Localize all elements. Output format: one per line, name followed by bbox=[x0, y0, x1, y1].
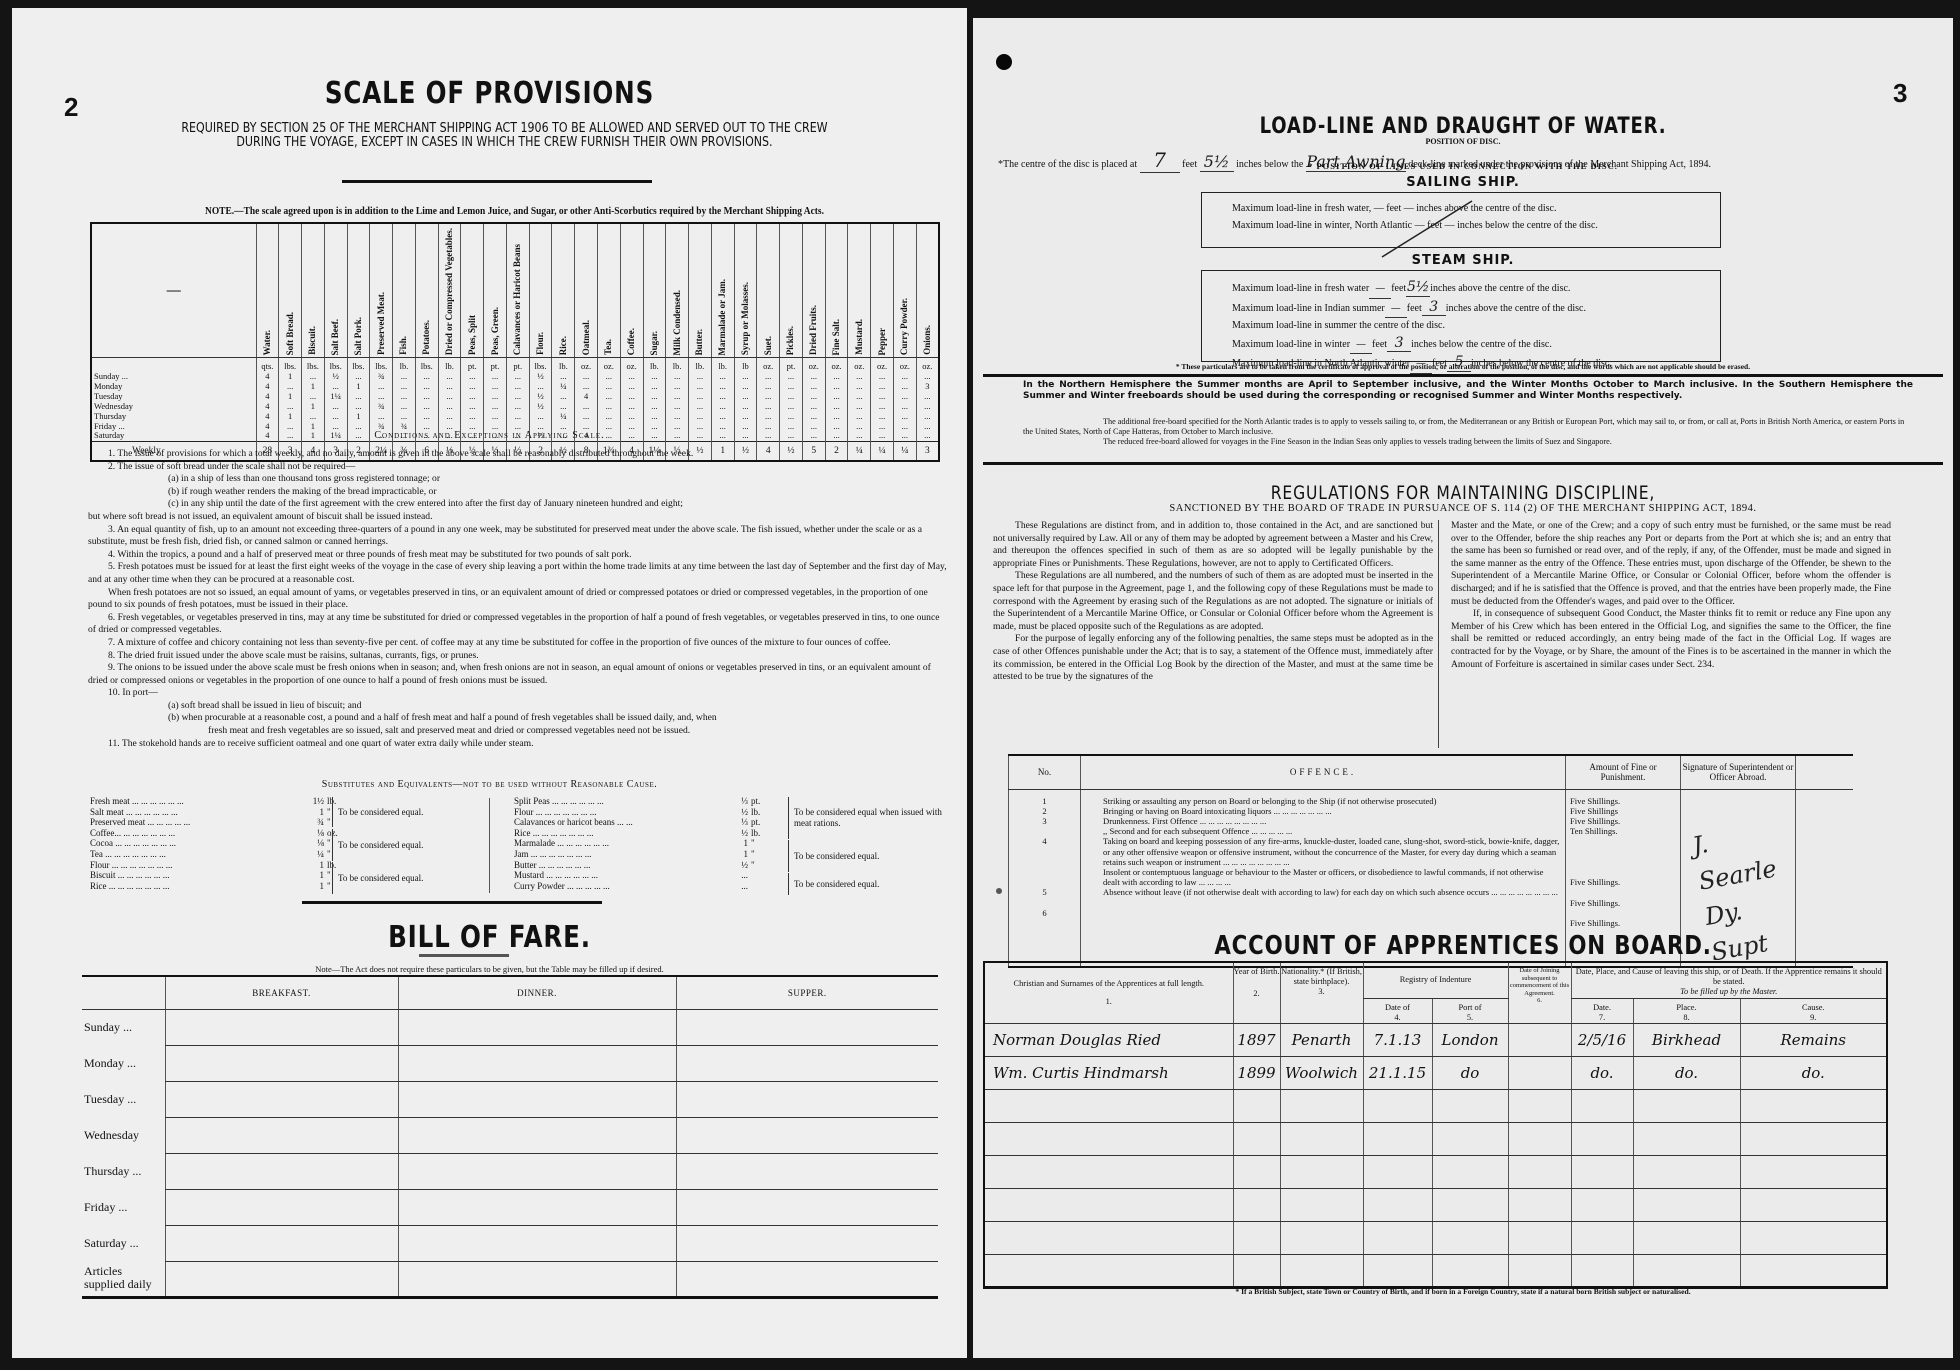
provision-cell: ... bbox=[620, 411, 643, 421]
column-header-joining: Date of Joining subsequent to commenceme… bbox=[1508, 962, 1571, 1023]
equal-note: To be considered equal. bbox=[332, 797, 423, 827]
unit-cell: lbs. bbox=[324, 358, 347, 372]
condition-item: 2. The issue of soft bread under the sca… bbox=[88, 461, 947, 474]
provision-cell: 4 bbox=[256, 371, 279, 381]
column-header-name: Christian and Surnames of the Apprentice… bbox=[984, 962, 1233, 1023]
provision-cell: ... bbox=[506, 411, 529, 421]
provision-cell: ... bbox=[711, 371, 734, 381]
apprentice-nationality-cell[interactable] bbox=[1280, 1254, 1363, 1287]
condition-item: (b) when procurable at a reasonable cost… bbox=[88, 712, 947, 725]
meal-cell[interactable] bbox=[398, 1153, 676, 1189]
provision-cell: ... bbox=[689, 381, 712, 391]
apprentice-name-cell[interactable]: Norman Douglas Ried bbox=[984, 1023, 1233, 1056]
provision-cell: ... bbox=[575, 411, 598, 421]
apprentice-row bbox=[984, 1188, 1887, 1221]
substitutes-title: Substitutes and Equivalents—not to be us… bbox=[12, 779, 967, 790]
apprentice-reg-date-cell[interactable] bbox=[1363, 1155, 1432, 1188]
apprentice-joining-cell[interactable] bbox=[1508, 1188, 1571, 1221]
meal-cell[interactable] bbox=[165, 1225, 398, 1261]
bill-of-fare-row: Friday ... bbox=[82, 1189, 938, 1225]
apprentice-name-cell[interactable] bbox=[984, 1188, 1233, 1221]
freeboard-notes: The additional free-board specified for … bbox=[1023, 417, 1913, 447]
condition-item: (a) soft bread shall be issued in lieu o… bbox=[88, 700, 947, 713]
apprentice-reg-date-cell[interactable] bbox=[1363, 1188, 1432, 1221]
condition-item: 3. An equal quantity of fish, up to an a… bbox=[88, 524, 947, 549]
provision-cell: ½ bbox=[324, 371, 347, 381]
provision-cell: ... bbox=[461, 391, 484, 401]
provision-cell: ... bbox=[711, 401, 734, 411]
apprentice-nationality-cell[interactable] bbox=[1280, 1089, 1363, 1122]
provision-cell: ¾ bbox=[370, 401, 393, 411]
unit-cell: qts. bbox=[256, 358, 279, 372]
meal-cell[interactable] bbox=[398, 1117, 676, 1153]
apprentice-place-cell[interactable] bbox=[1633, 1221, 1740, 1254]
divider bbox=[489, 798, 490, 893]
provision-cell: ... bbox=[643, 381, 666, 391]
apprentice-year-cell[interactable] bbox=[1233, 1122, 1280, 1155]
provision-cell: ... bbox=[393, 411, 416, 421]
apprentice-joining-cell[interactable] bbox=[1508, 1254, 1571, 1287]
provision-cell: ... bbox=[780, 401, 803, 411]
apprentice-cause-cell[interactable] bbox=[1740, 1221, 1887, 1254]
provision-column-header: Peas, Split bbox=[461, 223, 484, 358]
apprentice-year-cell[interactable] bbox=[1233, 1089, 1280, 1122]
substitute-row: Rice ... ... ... ... ... ... ...1" bbox=[90, 881, 342, 892]
provision-cell: 1 bbox=[302, 401, 325, 411]
apprentice-reg-port-cell[interactable] bbox=[1432, 1188, 1508, 1221]
meal-cell[interactable] bbox=[165, 1081, 398, 1117]
apprentice-nationality-cell[interactable] bbox=[1280, 1155, 1363, 1188]
provision-cell: ... bbox=[506, 401, 529, 411]
provision-cell: ¼ bbox=[552, 381, 575, 391]
provision-cell: ... bbox=[438, 391, 461, 401]
apprentices-table: Christian and Surnames of the Apprentice… bbox=[983, 961, 1888, 1289]
meal-cell[interactable] bbox=[165, 1045, 398, 1081]
apprentice-name-cell[interactable] bbox=[984, 1155, 1233, 1188]
apprentice-nationality-cell[interactable] bbox=[1280, 1188, 1363, 1221]
column-header: OFFENCE. bbox=[1081, 755, 1566, 789]
provision-row: Tuesday41...1¼........................½.… bbox=[91, 391, 939, 401]
page-number: 3 bbox=[1893, 78, 1907, 109]
day-label: Sunday ... bbox=[91, 371, 256, 381]
substitute-row: Jam ... ... ... ... ... ... ...1" bbox=[514, 849, 766, 860]
provision-cell: ... bbox=[802, 381, 825, 391]
apprentice-year-cell[interactable]: 1897 bbox=[1233, 1023, 1280, 1056]
column-header: Signature of Superintendent or Officer A… bbox=[1681, 755, 1796, 789]
provision-cell: ... bbox=[643, 401, 666, 411]
provision-cell: ... bbox=[552, 371, 575, 381]
provision-cell: ... bbox=[780, 371, 803, 381]
provision-cell: ... bbox=[347, 371, 370, 381]
column-header-reg-date: Date of4. bbox=[1363, 998, 1432, 1023]
condition-item: When fresh potatoes are not so issued, a… bbox=[88, 587, 947, 612]
provision-cell: ... bbox=[302, 371, 325, 381]
unit-cell: oz. bbox=[916, 358, 939, 372]
unit-cell: pt. bbox=[461, 358, 484, 372]
apprentice-cause-cell[interactable] bbox=[1740, 1188, 1887, 1221]
meal-cell[interactable] bbox=[676, 1045, 938, 1081]
regulation-paragraph: These Regulations are distinct from, and… bbox=[993, 520, 1433, 570]
provision-cell: 1 bbox=[279, 411, 302, 421]
provision-cell: ... bbox=[393, 401, 416, 411]
apprentice-joining-cell[interactable] bbox=[1508, 1089, 1571, 1122]
day-label: Sunday ... bbox=[82, 1009, 165, 1045]
provision-cell: ... bbox=[848, 371, 871, 381]
provision-cell: ... bbox=[666, 401, 689, 411]
provision-cell: ... bbox=[438, 401, 461, 411]
apprentice-name-cell[interactable] bbox=[984, 1122, 1233, 1155]
apprentice-nationality-cell[interactable]: Penarth bbox=[1280, 1023, 1363, 1056]
load-line-title: LOAD-LINE AND DRAUGHT OF WATER. bbox=[1061, 114, 1865, 139]
provision-cell: ... bbox=[893, 381, 916, 391]
unit-cell: oz. bbox=[575, 358, 598, 372]
provision-column-header: Salt Pork. bbox=[347, 223, 370, 358]
provision-cell: ... bbox=[780, 391, 803, 401]
conditions-list: 1. The issue of provisions for which a t… bbox=[88, 448, 947, 750]
substitute-row: Butter ... ... ... ... ... ...½" bbox=[514, 860, 766, 871]
apprentice-name-cell[interactable]: Wm. Curtis Hindmarsh bbox=[984, 1056, 1233, 1089]
apprentice-place-cell[interactable] bbox=[1633, 1155, 1740, 1188]
apprentice-joining-cell[interactable] bbox=[1508, 1056, 1571, 1089]
apprentice-name-cell[interactable] bbox=[984, 1089, 1233, 1122]
provision-column-header: Oatmeal. bbox=[575, 223, 598, 358]
provision-cell: ... bbox=[666, 391, 689, 401]
apprentice-place-cell[interactable] bbox=[1633, 1188, 1740, 1221]
divider bbox=[302, 901, 602, 904]
apprentice-reg-date-cell[interactable]: 21.1.15 bbox=[1363, 1056, 1432, 1089]
divider bbox=[419, 954, 509, 957]
unit-cell: oz. bbox=[825, 358, 848, 372]
apprentice-year-cell[interactable] bbox=[1233, 1254, 1280, 1287]
provision-cell: 1¼ bbox=[324, 391, 347, 401]
provision-cell: ... bbox=[438, 411, 461, 421]
substitute-row: Fresh meat ... ... ... ... ... ...1½lb. bbox=[90, 796, 342, 807]
apprentice-joining-cell[interactable] bbox=[1508, 1023, 1571, 1056]
provision-cell: 4 bbox=[575, 391, 598, 401]
equal-note: To be considered equal. bbox=[332, 862, 423, 894]
apprentice-reg-port-cell[interactable] bbox=[1432, 1155, 1508, 1188]
provision-cell: ... bbox=[825, 401, 848, 411]
meal-cell[interactable] bbox=[676, 1009, 938, 1045]
apprentice-name-cell[interactable] bbox=[984, 1254, 1233, 1287]
provision-cell: ... bbox=[916, 401, 939, 411]
provision-cell: ... bbox=[370, 381, 393, 391]
provision-column-header: Flour. bbox=[529, 223, 552, 358]
meal-cell[interactable] bbox=[165, 1153, 398, 1189]
provision-cell: ... bbox=[825, 411, 848, 421]
punch-hole bbox=[996, 54, 1012, 70]
apprentice-reg-port-cell[interactable] bbox=[1432, 1254, 1508, 1287]
apprentice-row bbox=[984, 1155, 1887, 1188]
meal-cell[interactable] bbox=[676, 1081, 938, 1117]
provision-cell: ... bbox=[324, 401, 347, 411]
meal-cell[interactable] bbox=[676, 1261, 938, 1297]
apprentices-footnote: * If a British Subject, state Town or Co… bbox=[973, 1287, 1953, 1296]
unit-cell: lbs. bbox=[529, 358, 552, 372]
meal-cell[interactable] bbox=[676, 1117, 938, 1153]
equal-note: To be considered equal. bbox=[332, 829, 423, 861]
provision-row: Monday4...1...1........................¼… bbox=[91, 381, 939, 391]
provision-cell: 4 bbox=[256, 411, 279, 421]
day-label: Tuesday bbox=[91, 391, 256, 401]
provision-column-header: Salt Beef. bbox=[324, 223, 347, 358]
apprentice-date-cell[interactable] bbox=[1571, 1221, 1633, 1254]
bill-of-fare-row: Sunday ... bbox=[82, 1009, 938, 1045]
condition-item: 6. Fresh vegetables, or vegetables prese… bbox=[88, 612, 947, 637]
apprentice-date-cell[interactable] bbox=[1571, 1254, 1633, 1287]
provision-cell: ... bbox=[689, 391, 712, 401]
apprentice-reg-port-cell[interactable]: do bbox=[1432, 1056, 1508, 1089]
column-header-leaving: Date, Place, and Cause of leaving this s… bbox=[1571, 962, 1887, 998]
provision-cell: ... bbox=[575, 371, 598, 381]
apprentice-date-cell[interactable]: do. bbox=[1571, 1056, 1633, 1089]
scale-subtitle: REQUIRED BY SECTION 25 OF THE MERCHANT S… bbox=[162, 122, 846, 150]
provision-cell: ... bbox=[734, 401, 757, 411]
divider bbox=[983, 462, 1943, 465]
apprentice-date-cell[interactable] bbox=[1571, 1122, 1633, 1155]
equal-meat-note: To be considered equal when issued with … bbox=[788, 797, 948, 839]
provision-cell: 1 bbox=[279, 371, 302, 381]
provision-column-header: Mustard. bbox=[848, 223, 871, 358]
meal-cell[interactable] bbox=[398, 1189, 676, 1225]
apprentice-reg-port-cell[interactable] bbox=[1432, 1122, 1508, 1155]
condition-item: 4. Within the tropics, a pound and a hal… bbox=[88, 549, 947, 562]
provision-cell: ... bbox=[302, 391, 325, 401]
apprentice-year-cell[interactable] bbox=[1233, 1188, 1280, 1221]
provisions-table: — Water.Soft Bread.Biscuit.Salt Beef.Sal… bbox=[90, 222, 940, 462]
apprentice-cause-cell[interactable] bbox=[1740, 1155, 1887, 1188]
provision-cell: ... bbox=[802, 391, 825, 401]
provision-column-header: Preserved Meat. bbox=[370, 223, 393, 358]
provision-cell: 4 bbox=[256, 391, 279, 401]
feet-field[interactable]: — bbox=[1350, 337, 1372, 355]
substitute-row: Tea ... ... ... ... ... ... ...¼" bbox=[90, 849, 342, 860]
meal-cell[interactable] bbox=[398, 1261, 676, 1297]
apprentice-place-cell[interactable] bbox=[1633, 1122, 1740, 1155]
provision-cell: ... bbox=[643, 371, 666, 381]
bill-of-fare-row: Wednesday bbox=[82, 1117, 938, 1153]
condition-item: but where soft bread is not issued, an e… bbox=[88, 511, 947, 524]
column-header-place: Place.8. bbox=[1633, 998, 1740, 1023]
apprentice-place-cell[interactable] bbox=[1633, 1254, 1740, 1287]
apprentice-nationality-cell[interactable] bbox=[1280, 1221, 1363, 1254]
condition-item: 1. The issue of provisions for which a t… bbox=[88, 448, 947, 461]
day-label: Wednesday bbox=[82, 1117, 165, 1153]
provision-cell: ... bbox=[893, 371, 916, 381]
column-header: BREAKFAST. bbox=[165, 976, 398, 1009]
apprentice-reg-port-cell[interactable]: London bbox=[1432, 1023, 1508, 1056]
provision-cell: ... bbox=[302, 411, 325, 421]
inches-field[interactable]: 3 bbox=[1387, 335, 1411, 353]
provision-cell: ... bbox=[643, 391, 666, 401]
bill-of-fare-row: Saturday ... bbox=[82, 1225, 938, 1261]
scale-note: NOTE.—The scale agreed upon is in additi… bbox=[134, 206, 895, 217]
unit-cell: lb. bbox=[666, 358, 689, 372]
meal-cell[interactable] bbox=[398, 1225, 676, 1261]
provision-cell: ... bbox=[689, 401, 712, 411]
punch-hole bbox=[996, 888, 1002, 894]
provision-cell: ... bbox=[575, 401, 598, 411]
feet-field[interactable]: — bbox=[1369, 281, 1391, 299]
apprentice-year-cell[interactable] bbox=[1233, 1155, 1280, 1188]
unit-cell: lb. bbox=[711, 358, 734, 372]
unit-cell: lb. bbox=[393, 358, 416, 372]
apprentice-cause-cell[interactable]: Remains bbox=[1740, 1023, 1887, 1056]
substitute-row: Marmalade ... ... ... ... ... ...1" bbox=[514, 838, 766, 849]
regulations-subtitle: SANCTIONED BY THE BOARD OF TRADE IN PURS… bbox=[973, 503, 1953, 514]
meal-cell[interactable] bbox=[676, 1153, 938, 1189]
provision-cell: ... bbox=[575, 381, 598, 391]
apprentice-reg-date-cell[interactable] bbox=[1363, 1122, 1432, 1155]
apprentice-cause-cell[interactable] bbox=[1740, 1089, 1887, 1122]
day-label: Thursday ... bbox=[82, 1153, 165, 1189]
provision-cell: ... bbox=[597, 401, 620, 411]
apprentice-reg-port-cell[interactable] bbox=[1432, 1089, 1508, 1122]
meal-cell[interactable] bbox=[165, 1009, 398, 1045]
column-header-nationality: Nationality.* (If British, state birthpl… bbox=[1280, 962, 1363, 1023]
substitute-row: Flour ... ... ... ... ... ... ...½lb. bbox=[514, 807, 766, 818]
inches-field[interactable]: 3 bbox=[1422, 299, 1446, 317]
provision-cell: ... bbox=[871, 371, 894, 381]
apprentice-date-cell[interactable]: 2/5/16 bbox=[1571, 1023, 1633, 1056]
apprentice-date-cell[interactable] bbox=[1571, 1089, 1633, 1122]
unit-cell: oz. bbox=[757, 358, 780, 372]
steam-ship-title: STEAM SHIP. bbox=[973, 253, 1953, 268]
provision-cell: ... bbox=[666, 411, 689, 421]
provision-cell: ... bbox=[415, 401, 438, 411]
inches-field[interactable]: 5½ bbox=[1406, 279, 1430, 297]
apprentice-reg-date-cell[interactable] bbox=[1363, 1089, 1432, 1122]
provision-cell: ... bbox=[597, 411, 620, 421]
provision-column-header: Potatoes. bbox=[415, 223, 438, 358]
scale-of-provisions-title: SCALE OF PROVISIONS bbox=[98, 76, 881, 111]
apprentice-joining-cell[interactable] bbox=[1508, 1221, 1571, 1254]
apprentice-nationality-cell[interactable]: Woolwich bbox=[1280, 1056, 1363, 1089]
meal-cell[interactable] bbox=[398, 1045, 676, 1081]
provision-cell: ... bbox=[893, 401, 916, 411]
apprentice-reg-date-cell[interactable] bbox=[1363, 1254, 1432, 1287]
corner-label: — bbox=[91, 223, 256, 358]
meal-cell[interactable] bbox=[676, 1189, 938, 1225]
bill-of-fare-row: Monday ... bbox=[82, 1045, 938, 1081]
page-number: 2 bbox=[64, 92, 78, 123]
position-of-disc-label: POSITION OF DISC. bbox=[973, 137, 1953, 146]
provision-cell: ... bbox=[529, 381, 552, 391]
provision-cell: ... bbox=[461, 371, 484, 381]
provision-cell: ... bbox=[802, 401, 825, 411]
steam-ship-box: Maximum load-line in fresh water—feet5½i… bbox=[1201, 270, 1721, 362]
apprentice-reg-date-cell[interactable] bbox=[1363, 1221, 1432, 1254]
provision-cell: ... bbox=[802, 371, 825, 381]
apprentice-cause-cell[interactable]: do. bbox=[1740, 1056, 1887, 1089]
apprentice-reg-date-cell[interactable]: 7.1.13 bbox=[1363, 1023, 1432, 1056]
sailing-ship-title: SAILING SHIP. bbox=[973, 175, 1953, 190]
apprentice-reg-port-cell[interactable] bbox=[1432, 1221, 1508, 1254]
provision-cell: ... bbox=[370, 391, 393, 401]
provision-cell: ... bbox=[871, 391, 894, 401]
provision-cell: ... bbox=[711, 381, 734, 391]
meal-cell[interactable] bbox=[676, 1225, 938, 1261]
provision-cell: ... bbox=[780, 411, 803, 421]
provision-cell: ... bbox=[780, 381, 803, 391]
apprentice-joining-cell[interactable] bbox=[1508, 1155, 1571, 1188]
provision-column-header: Pickles. bbox=[780, 223, 803, 358]
column-header-year: Year of Birth. 2. bbox=[1233, 962, 1280, 1023]
column-header-date: Date.7. bbox=[1571, 998, 1633, 1023]
provision-cell: ... bbox=[415, 391, 438, 401]
apprentice-place-cell[interactable]: do. bbox=[1633, 1056, 1740, 1089]
meal-cell[interactable] bbox=[398, 1081, 676, 1117]
provision-cell: ... bbox=[620, 401, 643, 411]
strike-through-mark bbox=[1377, 199, 1477, 259]
apprentice-row bbox=[984, 1089, 1887, 1122]
apprentice-date-cell[interactable] bbox=[1571, 1188, 1633, 1221]
provision-cell: ... bbox=[597, 371, 620, 381]
meal-cell[interactable] bbox=[165, 1261, 398, 1297]
bill-of-fare-row: Articles supplied daily bbox=[82, 1261, 938, 1297]
provision-cell: 1 bbox=[302, 381, 325, 391]
apprentice-place-cell[interactable] bbox=[1633, 1089, 1740, 1122]
column-header-reg-port: Port of5. bbox=[1432, 998, 1508, 1023]
substitutes-right: Split Peas ... ... ... ... ... ...⅓pt.Fl… bbox=[514, 796, 766, 891]
feet-field[interactable]: — bbox=[1385, 301, 1407, 319]
provision-cell: ... bbox=[484, 411, 507, 421]
provision-cell: ... bbox=[347, 391, 370, 401]
provision-cell: ... bbox=[802, 411, 825, 421]
regulation-paragraph: For the purpose of legally enforcing any… bbox=[993, 633, 1433, 683]
provision-cell: ... bbox=[825, 391, 848, 401]
apprentice-cause-cell[interactable] bbox=[1740, 1122, 1887, 1155]
provision-cell: 1 bbox=[347, 381, 370, 391]
steam-line: Maximum load-line in fresh water—feet5½i… bbox=[1232, 279, 1690, 299]
apprentice-year-cell[interactable]: 1899 bbox=[1233, 1056, 1280, 1089]
meal-cell[interactable] bbox=[165, 1117, 398, 1153]
apprentice-place-cell[interactable]: Birkhead bbox=[1633, 1023, 1740, 1056]
provision-cell: ... bbox=[734, 391, 757, 401]
provision-cell: ¼ bbox=[552, 411, 575, 421]
provision-cell: ... bbox=[848, 401, 871, 411]
day-label: Monday bbox=[91, 381, 256, 391]
provision-cell: ... bbox=[666, 371, 689, 381]
bill-of-fare-note: Note—The Act does not require these part… bbox=[12, 964, 967, 974]
meal-cell[interactable] bbox=[398, 1009, 676, 1045]
provision-column-header: Tea. bbox=[597, 223, 620, 358]
provision-cell: ... bbox=[757, 401, 780, 411]
equal-note: To be considered equal. bbox=[788, 873, 879, 895]
apprentice-cause-cell[interactable] bbox=[1740, 1254, 1887, 1287]
provision-cell: ½ bbox=[529, 401, 552, 411]
column-header: SUPPER. bbox=[676, 976, 938, 1009]
provision-column-header: Dried Fruits. bbox=[802, 223, 825, 358]
day-label: Saturday ... bbox=[82, 1225, 165, 1261]
apprentice-name-cell[interactable] bbox=[984, 1221, 1233, 1254]
meal-cell[interactable] bbox=[165, 1189, 398, 1225]
provision-cell: ... bbox=[825, 371, 848, 381]
bill-of-fare-title: BILL OF FARE. bbox=[98, 920, 881, 955]
provision-cell: ... bbox=[393, 381, 416, 391]
provision-cell: ... bbox=[689, 411, 712, 421]
apprentice-year-cell[interactable] bbox=[1233, 1221, 1280, 1254]
provision-cell: ... bbox=[916, 391, 939, 401]
provision-cell: ... bbox=[848, 381, 871, 391]
apprentice-date-cell[interactable] bbox=[1571, 1155, 1633, 1188]
divider bbox=[983, 374, 1943, 377]
apprentice-nationality-cell[interactable] bbox=[1280, 1122, 1363, 1155]
unit-cell: lb bbox=[734, 358, 757, 372]
left-page: 2 SCALE OF PROVISIONS REQUIRED BY SECTIO… bbox=[12, 8, 967, 1358]
apprentice-joining-cell[interactable] bbox=[1508, 1122, 1571, 1155]
provision-cell: ... bbox=[666, 381, 689, 391]
